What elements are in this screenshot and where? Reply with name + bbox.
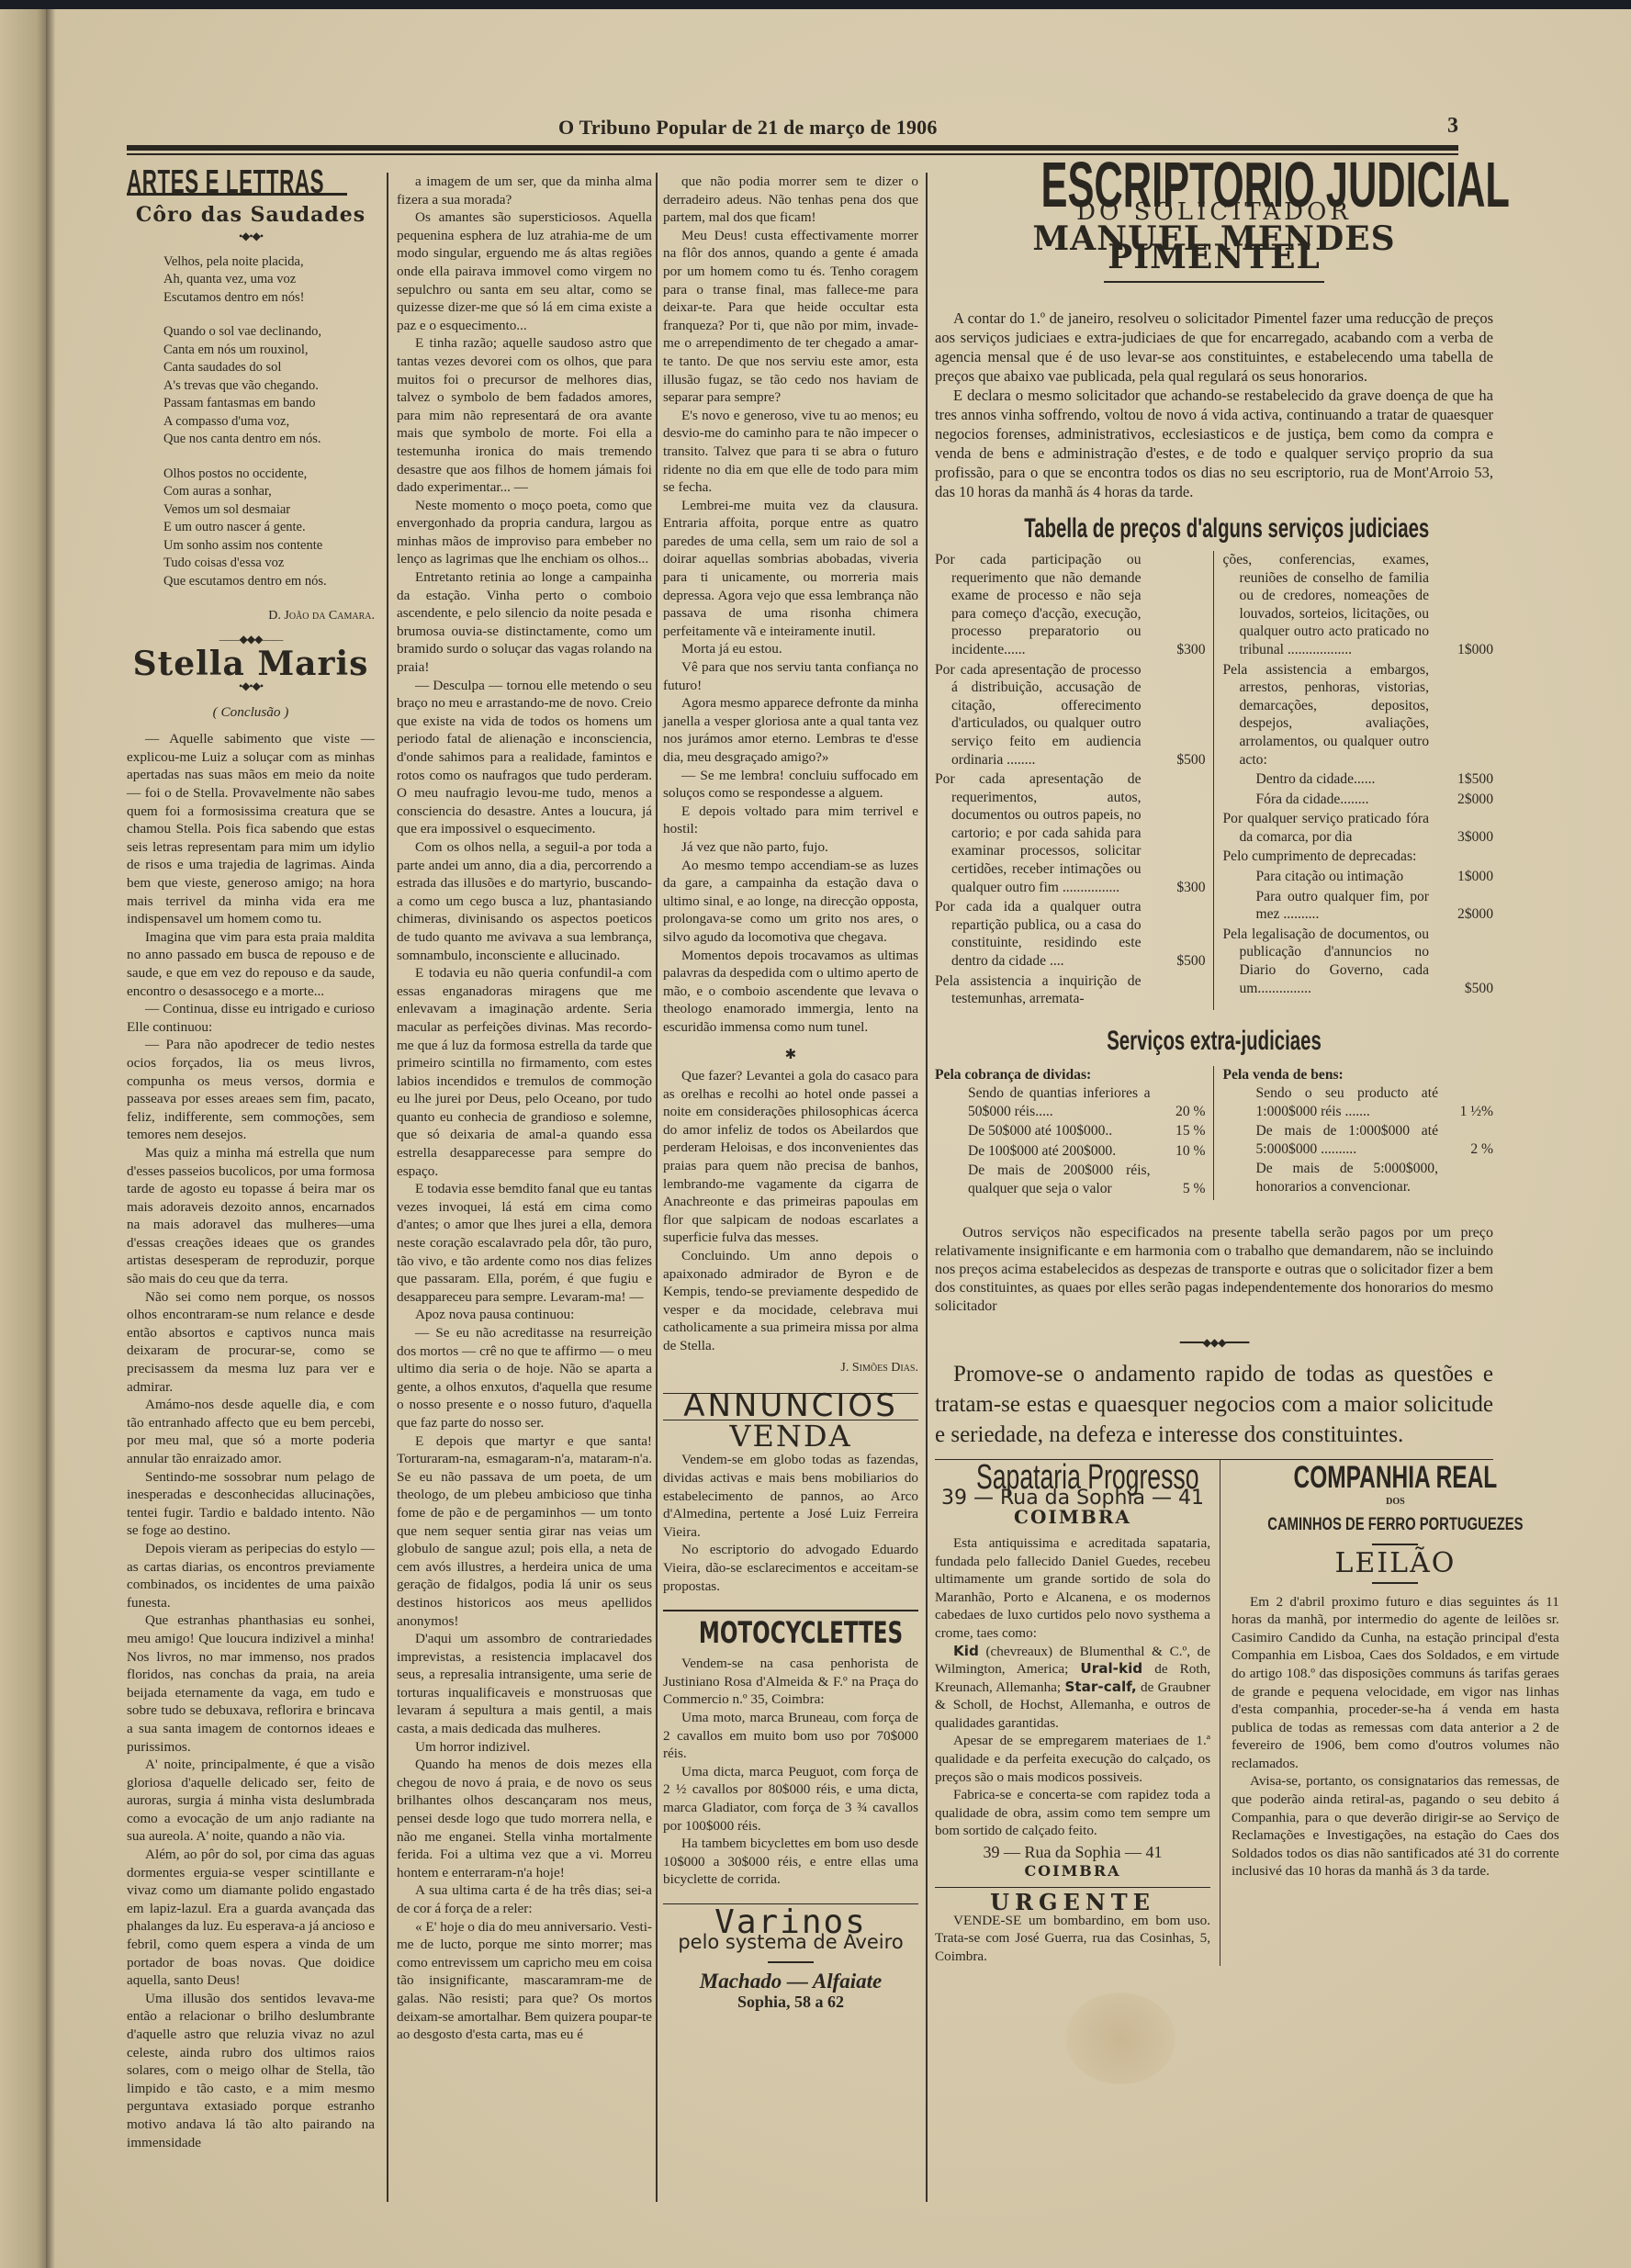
story-paragraph: Não sei como nem porque, os nossos olhos… (127, 1288, 375, 1397)
price-row: De mais de 1:000$000 até 5:000$000 .....… (1223, 1122, 1494, 1158)
column-2: a imagem de um ser, que da minha alma fi… (397, 173, 652, 2044)
short-rule (1372, 1582, 1418, 1584)
column-1: ARTES E LETTRAS Côro das Saudades •◆•◆• … (127, 173, 375, 2151)
extra-table-right: Pela venda de bens: Sendo o seu producto… (1214, 1066, 1494, 1199)
story-paragraph: « E' hoje o dia do meu anniversario. Ves… (397, 1918, 652, 2044)
poem-stanza: Olhos postos no occidente,Com auras a so… (163, 466, 375, 591)
story-paragraph: E tinha razão; aquelle saudoso astro que… (397, 334, 652, 496)
sapataria-p2: Kid (chevreaux) de Blumenthal & C.º, de … (935, 1643, 1210, 1733)
price-row: De 50$000 até 100$000..15 % (935, 1122, 1206, 1140)
poem-body: Velhos, pela noite placida,Ah, quanta ve… (163, 253, 375, 591)
story-paragraph: E todavia eu não queria confundil-a com … (397, 964, 652, 1180)
short-rule (1104, 281, 1324, 283)
price-row: Por qualquer serviço praticado fóra da c… (1223, 810, 1494, 846)
story-paragraph: Mas quiz a minha má estrella que num d'e… (127, 1144, 375, 1288)
story-title: Stella Maris (127, 656, 375, 674)
column-4-escriptorio: ESCRIPTORIO JUDICIAL DO SOLICITADOR MANU… (935, 173, 1493, 1966)
newspaper-masthead: O Tribuno Popular de 21 de março de 1906 (558, 116, 938, 140)
judicial-price-table: Por cada participação ou requerimento qu… (935, 551, 1493, 1010)
sapataria-footer-city: COIMBRA (935, 1862, 1210, 1881)
story-paragraph: — Para não apodrecer de tedio nestes oci… (127, 1036, 375, 1144)
story-paragraph: a imagem de um ser, que da minha alma fi… (397, 173, 652, 208)
story-paragraph: Ao mesmo tempo accendiam-se as luzes da … (663, 857, 918, 947)
story-paragraph: Os amantes são supersticiosos. Aquella p… (397, 208, 652, 334)
story-paragraph: Sentindo-me sossobrar num pelago de ines… (127, 1468, 375, 1540)
story-text-col3-end: Que fazer? Levantei a gola do casaco par… (663, 1067, 918, 1355)
asterisk-divider: ✱ (663, 1046, 918, 1064)
story-paragraph: Um horror indizivel. (397, 1738, 652, 1757)
ad-paragraph: No escriptorio do advogado Eduardo Vieir… (663, 1541, 918, 1595)
story-paragraph: Neste momento o moço poeta, como que env… (397, 497, 652, 568)
varinos-subtitle: pelo systema de Aveiro (663, 1934, 918, 1952)
judicial-table-left: Por cada participação ou requerimento qu… (935, 551, 1214, 1010)
price-row: Dentro da cidade......1$500 (1223, 770, 1494, 789)
companhia-dos: DOS (1232, 1493, 1559, 1511)
price-row: Pela assistencia a inquirição de testemu… (935, 972, 1206, 1008)
escriptorio-intro: A contar do 1.º de janeiro, resolveu o s… (935, 309, 1493, 501)
annuncios-heading: ANNUNCIOS (663, 1393, 918, 1420)
urgente-heading: URGENTE (935, 1887, 1210, 1912)
story-text-col1: — Aquelle sabimento que viste — explicou… (127, 730, 375, 2151)
price-row: De 100$000 até 200$000.10 % (935, 1142, 1206, 1161)
extra-right-heading: Pela venda de bens: (1223, 1066, 1494, 1084)
poem-stanza: Velhos, pela noite placida,Ah, quanta ve… (163, 253, 375, 308)
leilao-p1: Em 2 d'abril proximo futuro e dias segui… (1232, 1593, 1559, 1773)
price-row: De mais de 200$000 réis, qualquer que se… (935, 1162, 1206, 1197)
price-row: Pela legalisação de documentos, ou publi… (1223, 926, 1494, 997)
sapataria-title: Sapataria Progresso (976, 1469, 1169, 1488)
story-paragraph: Com os olhos nella, a seguil-a por toda … (397, 838, 652, 964)
poem-title: Côro das Saudades (127, 207, 375, 225)
story-paragraph: Entretanto retinia ao longe a campainha … (397, 568, 652, 677)
sapataria-footer-address: 39 — Rua da Sophia — 41 (935, 1844, 1210, 1862)
price-row: Para citação ou intimação1$000 (1223, 868, 1494, 886)
poem-line: Vemos um sol desmaiar (163, 501, 375, 520)
poem-line: A's trevas que vão chegando. (163, 377, 375, 396)
story-paragraph: — Se me lembra! concluiu suffocado em so… (663, 767, 918, 803)
page-header: O Tribuno Popular de 21 de março de 1906… (127, 112, 1458, 140)
ad-paragraph: Ha tambem bicyclettes em bom uso desde 1… (663, 1835, 918, 1889)
ad-paragraph: Uma moto, marca Bruneau, com força de 2 … (663, 1709, 918, 1763)
sapataria-city: COIMBRA (935, 1509, 1210, 1527)
poem-line: Passam fantasmas em bando (163, 395, 375, 413)
story-paragraph: — Desculpa — tornou elle metendo o seu b… (397, 677, 652, 838)
price-row: Por cada apresentação de processo á dist… (935, 661, 1206, 769)
story-paragraph: — Continua, disse eu intrigado e curioso… (127, 1000, 375, 1036)
poem-line: Tudo coisas d'essa voz (163, 555, 375, 573)
short-rule (1372, 1544, 1418, 1545)
escriptorio-paragraph: A contar do 1.º de janeiro, resolveu o s… (935, 309, 1493, 386)
venda-text: Vendem-se em globo todas as fazendas, di… (663, 1451, 918, 1595)
story-paragraph: Que fazer? Levantei a gola do casaco par… (663, 1067, 918, 1247)
sapataria-p3: Apesar de se empregarem materiaes de 1.ª… (935, 1732, 1210, 1786)
price-row: Fóra da cidade........2$000 (1223, 791, 1494, 809)
story-paragraph: Que estranhas phanthasias eu sonhei, meu… (127, 1611, 375, 1756)
sapataria-p4: Fabrica-se e concerta-se com rapidez tod… (935, 1786, 1210, 1840)
story-paragraph: que não podia morrer sem te dizer o derr… (663, 173, 918, 227)
story-paragraph: Concluindo. Um anno depois o apaixonado … (663, 1247, 918, 1355)
escriptorio-title: ESCRIPTORIO JUDICIAL (1041, 176, 1388, 195)
poem-line: A compasso d'uma voz, (163, 413, 375, 432)
motocyclettes-text: Vendem-se na casa penhorista de Justinia… (663, 1655, 918, 1889)
motocyclettes-heading: MOTOCYCLETTES (699, 1624, 883, 1643)
companhia-title: COMPANHIA REAL (1277, 1469, 1513, 1488)
price-row: Por cada participação ou requerimento qu… (935, 551, 1206, 659)
story-paragraph: Agora mesmo apparece defronte da minha j… (663, 694, 918, 766)
story-paragraph: Já vez que não parto, fujo. (663, 838, 918, 857)
section-title-artes: ARTES E LETTRAS (127, 173, 280, 191)
price-row: Para outro qualquer fim, por mez .......… (1223, 888, 1494, 924)
story-paragraph: Vê para que nos serviu tanta confiança n… (663, 658, 918, 694)
promove-text: Promove-se o andamento rapido de todas a… (935, 1359, 1493, 1450)
story-text-col3: que não podia morrer sem te dizer o derr… (663, 173, 918, 1037)
column-divider (926, 173, 928, 2202)
story-text-col2: a imagem de um ser, que da minha alma fi… (397, 173, 652, 2044)
poem-line: Que nos canta dentro em nós. (163, 431, 375, 449)
story-paragraph: E depois voltado para mim terrivel e hos… (663, 803, 918, 838)
story-paragraph: — Aquelle sabimento que viste — explicou… (127, 730, 375, 928)
extra-judicial-title: Serviços extra-judiciaes (1024, 1032, 1403, 1050)
story-paragraph: Meu Deus! custa effectivamente morrer na… (663, 227, 918, 407)
story-author: J. Simões Dias. (663, 1359, 918, 1377)
story-paragraph: Imagina que vim para esta praia maldita … (127, 928, 375, 1000)
ad-paragraph: Vendem-se em globo todas as fazendas, di… (663, 1451, 918, 1541)
outros-servicos-text: Outros serviços não especificados na pre… (935, 1224, 1493, 1316)
story-paragraph: A sua ultima carta é de ha três dias; se… (397, 1881, 652, 1917)
story-paragraph: Além, ao pôr do sol, por cima das aguas … (127, 1846, 375, 1990)
poem-line: Com auras a sonhar, (163, 483, 375, 501)
poem-line: Ah, quanta vez, uma voz (163, 271, 375, 289)
poem-line: Quando o sol vae declinando, (163, 323, 375, 342)
poem-line: Escutamos dentro em nós! (163, 289, 375, 308)
tailor-name: Machado — Alfaiate (663, 1972, 918, 1991)
story-subtitle: ( Conclusão ) (127, 703, 375, 722)
story-paragraph: D'aqui um assombro de contrariedades imp… (397, 1630, 652, 1738)
judicial-table-title: Tabella de preços d'alguns serviços judi… (1024, 520, 1403, 538)
page-gutter-shadow (46, 9, 55, 2268)
ad-paragraph: Uma dicta, marca Peuguot, com força de 2… (663, 1763, 918, 1835)
ad-divider (663, 1610, 918, 1611)
poem-line: Velhos, pela noite placida, (163, 253, 375, 272)
page-number: 3 (1447, 114, 1458, 139)
story-paragraph: E depois que martyr e que santa! Tortura… (397, 1432, 652, 1631)
ornament-divider: •◆•◆• (127, 228, 375, 246)
story-paragraph: — Se eu não acreditasse na resurreição d… (397, 1324, 652, 1432)
urgente-text: VENDE-SE um bombardino, em bom uso. Trat… (935, 1912, 1210, 1966)
sapataria-p1: Esta antiquissima e acreditada sapataria… (935, 1534, 1210, 1643)
story-paragraph: A' noite, principalmente, é que a visão … (127, 1756, 375, 1846)
extra-left-heading: Pela cobrança de dividas: (935, 1066, 1206, 1084)
sapataria-ad: Sapataria Progresso 39 — Rua da Sophia —… (935, 1460, 1220, 1965)
price-row: Pelo cumprimento de deprecadas: (1223, 848, 1494, 866)
tailor-address: Sophia, 58 a 62 (663, 1993, 918, 2012)
price-row: Sendo o seu producto até 1:000$000 réis … (1223, 1084, 1494, 1120)
varinos-heading: Varinos (663, 1914, 918, 1932)
short-rule (768, 1961, 814, 1963)
price-row: Sendo de quantias inferiores a 50$000 ré… (935, 1084, 1206, 1120)
price-row: De mais de 5:000$000, honorarios a conve… (1223, 1160, 1494, 1196)
companhia-subtitle: CAMINHOS DE FERRO PORTUGUEZES (1267, 1516, 1523, 1534)
story-paragraph: Uma illusão dos sentidos levava-me então… (127, 1990, 375, 2151)
poem-line: Que escutamos dentro em nós. (163, 573, 375, 591)
story-paragraph: Momentos depois trocavamos as ultimas pa… (663, 947, 918, 1037)
story-paragraph: Apoz nova pausa continuou: (397, 1306, 652, 1324)
price-row: Por cada ida a qualquer outra repartição… (935, 898, 1206, 970)
poem-line: Canta em nós um rouxinol, (163, 342, 375, 360)
ornament-divider: ━━━━◆◆◆━━━━ (935, 1334, 1493, 1353)
judicial-table-right: ções, conferencias, exames, reuniões de … (1214, 551, 1494, 1010)
poem-line: E um outro nascer á gente. (163, 519, 375, 537)
story-paragraph: E's novo e generoso, vive tu ao menos; e… (663, 407, 918, 497)
price-row: Pela assistencia a embargos, arrestos, p… (1223, 661, 1494, 769)
poem-author: D. João da Camara. (127, 607, 375, 625)
leilao-p2: Avisa-se, portanto, os consignatarios da… (1232, 1772, 1559, 1881)
price-row: ções, conferencias, exames, reuniões de … (1223, 551, 1494, 659)
solicitor-name: MANUEL MENDES PIMENTEL (935, 230, 1493, 266)
companhia-ad: COMPANHIA REAL DOS CAMINHOS DE FERRO POR… (1220, 1460, 1559, 1965)
poem-line: Olhos postos no occidente, (163, 466, 375, 484)
extra-table-left: Pela cobrança de dividas: Sendo de quant… (935, 1066, 1214, 1199)
newspaper-page: O Tribuno Popular de 21 de março de 1906… (0, 9, 1631, 2268)
story-paragraph: Amámo-nos desde aquelle dia, e com tão e… (127, 1396, 375, 1467)
story-paragraph: E todavia esse bemdito fanal que eu tant… (397, 1180, 652, 1306)
poem-line: Um sonho assim nos contente (163, 537, 375, 556)
bottom-ads: Sapataria Progresso 39 — Rua da Sophia —… (935, 1459, 1493, 1965)
story-paragraph: Lembrei-me muita vez da clausura. Entrar… (663, 497, 918, 641)
leilao-heading: LEILÃO (1232, 1555, 1559, 1573)
paper-stain (1065, 1993, 1175, 2084)
price-row: Por cada apresentação de requerimentos, … (935, 770, 1206, 896)
column-divider (656, 173, 658, 2202)
escriptorio-paragraph: E declara o mesmo solicitador que achand… (935, 386, 1493, 501)
column-3: que não podia morrer sem te dizer o derr… (663, 173, 918, 2012)
poem-stanza: Quando o sol vae declinando,Canta em nós… (163, 323, 375, 449)
story-paragraph: Depois vieram as peripecias do estylo — … (127, 1540, 375, 1611)
ad-paragraph: Vendem-se na casa penhorista de Justinia… (663, 1655, 918, 1709)
poem-line: Canta saudades do sol (163, 359, 375, 377)
book-spine (0, 9, 46, 2268)
story-paragraph: Morta já eu estou. (663, 640, 918, 658)
extra-judicial-table: Pela cobrança de dividas: Sendo de quant… (935, 1066, 1493, 1199)
story-paragraph: Quando ha menos de dois mezes ella chego… (397, 1756, 652, 1881)
venda-heading: VENDA (663, 1428, 918, 1446)
column-divider (387, 173, 388, 2202)
